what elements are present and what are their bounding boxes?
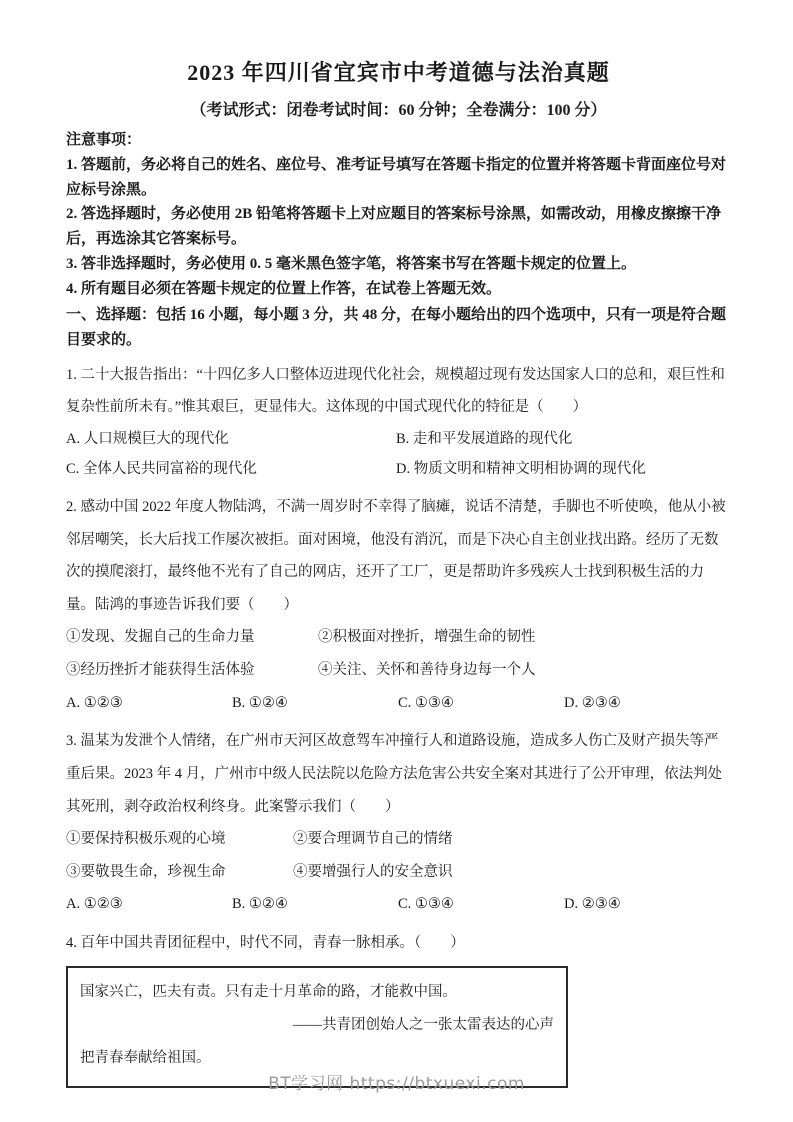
answer-d: D. ②③④ <box>564 687 730 720</box>
quote-attribution: ——共青团创始人之一张太雷表达的心声 <box>80 1009 554 1042</box>
site-watermark: BT学习网 https://btxuexi.com <box>0 1069 793 1094</box>
question-1: 1. 二十大报告指出：“十四亿多人口整体迈进现代化社会，规模超过现有发达国家人口… <box>66 359 731 485</box>
statement-4: ④关注、关怀和善待身边每一个人 <box>318 654 536 687</box>
question-2: 2. 感动中国 2022 年度人物陆鸿，不满一周岁时不幸得了脑瘫，说话不清楚，手… <box>66 491 731 719</box>
statement-1: ①发现、发掘自己的生命力量 <box>66 621 318 654</box>
statement-3: ③要敬畏生命，珍视生命 <box>66 856 293 889</box>
question-2-answers: A. ①②③ B. ①②④ C. ①③④ D. ②③④ <box>66 687 731 720</box>
statement-2: ②要合理调节自己的情绪 <box>293 823 453 856</box>
question-2-text: 2. 感动中国 2022 年度人物陆鸿，不满一周岁时不幸得了脑瘫，说话不清楚，手… <box>66 491 731 622</box>
exam-page: 2023 年四川省宜宾市中考道德与法治真题 （考试形式：闭卷考试时间：60 分钟… <box>0 0 793 1122</box>
question-3-text: 3. 温某为发泄个人情绪，在广州市天河区故意驾车冲撞行人和道路设施，造成多人伤亡… <box>66 725 731 823</box>
question-3-answers: A. ①②③ B. ①②④ C. ①③④ D. ②③④ <box>66 888 731 921</box>
option-c: C. 全体人民共同富裕的现代化 <box>66 454 396 484</box>
answer-c: C. ①③④ <box>398 687 564 720</box>
statement-3: ③经历挫折才能获得生活体验 <box>66 654 318 687</box>
question-1-options-row-2: C. 全体人民共同富裕的现代化 D. 物质文明和精神文明相协调的现代化 <box>66 454 731 484</box>
option-b: B. 走和平发展道路的现代化 <box>396 424 572 454</box>
notice-item-3: 3. 答非选择题时，务必使用 0. 5 毫米黑色签字笔，将答案书写在答题卡规定的… <box>66 252 731 277</box>
option-d: D. 物质文明和精神文明相协调的现代化 <box>396 454 646 484</box>
page-title: 2023 年四川省宜宾市中考道德与法治真题 <box>66 56 731 87</box>
notice-item-1: 1. 答题前，务必将自己的姓名、座位号、准考证号填写在答题卡指定的位置并将答题卡… <box>66 153 731 203</box>
question-2-statements-row-1: ①发现、发掘自己的生命力量 ②积极面对挫折，增强生命的韧性 <box>66 621 731 654</box>
answer-a: A. ①②③ <box>66 687 232 720</box>
statement-1: ①要保持积极乐观的心境 <box>66 823 293 856</box>
question-2-statements-row-2: ③经历挫折才能获得生活体验 ④关注、关怀和善待身边每一个人 <box>66 654 731 687</box>
question-3-statements-row-1: ①要保持积极乐观的心境 ②要合理调节自己的情绪 <box>66 823 731 856</box>
notice-block: 注意事项： 1. 答题前，务必将自己的姓名、座位号、准考证号填写在答题卡指定的位… <box>66 128 731 301</box>
quote-line-1: 国家兴亡，匹夫有责。只有走十月革命的路，才能救中国。 <box>80 976 554 1009</box>
question-3: 3. 温某为发泄个人情绪，在广州市天河区故意驾车冲撞行人和道路设施，造成多人伤亡… <box>66 725 731 921</box>
question-4-text: 4. 百年中国共青团征程中，时代不同，青春一脉相承。（ ） <box>66 927 731 960</box>
exam-meta-subtitle: （考试形式：闭卷考试时间：60 分钟；全卷满分：100 分） <box>66 97 731 120</box>
question-3-statements-row-2: ③要敬畏生命，珍视生命 ④要增强行人的安全意识 <box>66 856 731 889</box>
answer-c: C. ①③④ <box>398 888 564 921</box>
answer-d: D. ②③④ <box>564 888 730 921</box>
question-1-options-row-1: A. 人口规模巨大的现代化 B. 走和平发展道路的现代化 <box>66 424 731 454</box>
question-1-text: 1. 二十大报告指出：“十四亿多人口整体迈进现代化社会，规模超过现有发达国家人口… <box>66 359 731 424</box>
notice-item-4: 4. 所有题目必须在答题卡规定的位置上作答，在试卷上答题无效。 <box>66 277 731 302</box>
question-4: 4. 百年中国共青团征程中，时代不同，青春一脉相承。（ ） 国家兴亡，匹夫有责。… <box>66 927 731 1088</box>
statement-2: ②积极面对挫折，增强生命的韧性 <box>318 621 536 654</box>
statement-4: ④要增强行人的安全意识 <box>293 856 453 889</box>
answer-b: B. ①②④ <box>232 888 398 921</box>
notice-heading: 注意事项： <box>66 128 731 153</box>
answer-b: B. ①②④ <box>232 687 398 720</box>
notice-item-2: 2. 答选择题时，务必使用 2B 铅笔将答题卡上对应题目的答案标号涂黑，如需改动… <box>66 202 731 252</box>
answer-a: A. ①②③ <box>66 888 232 921</box>
option-a: A. 人口规模巨大的现代化 <box>66 424 396 454</box>
section-heading-choice: 一、选择题：包括 16 小题，每小题 3 分，共 48 分，在每小题给出的四个选… <box>66 303 731 353</box>
